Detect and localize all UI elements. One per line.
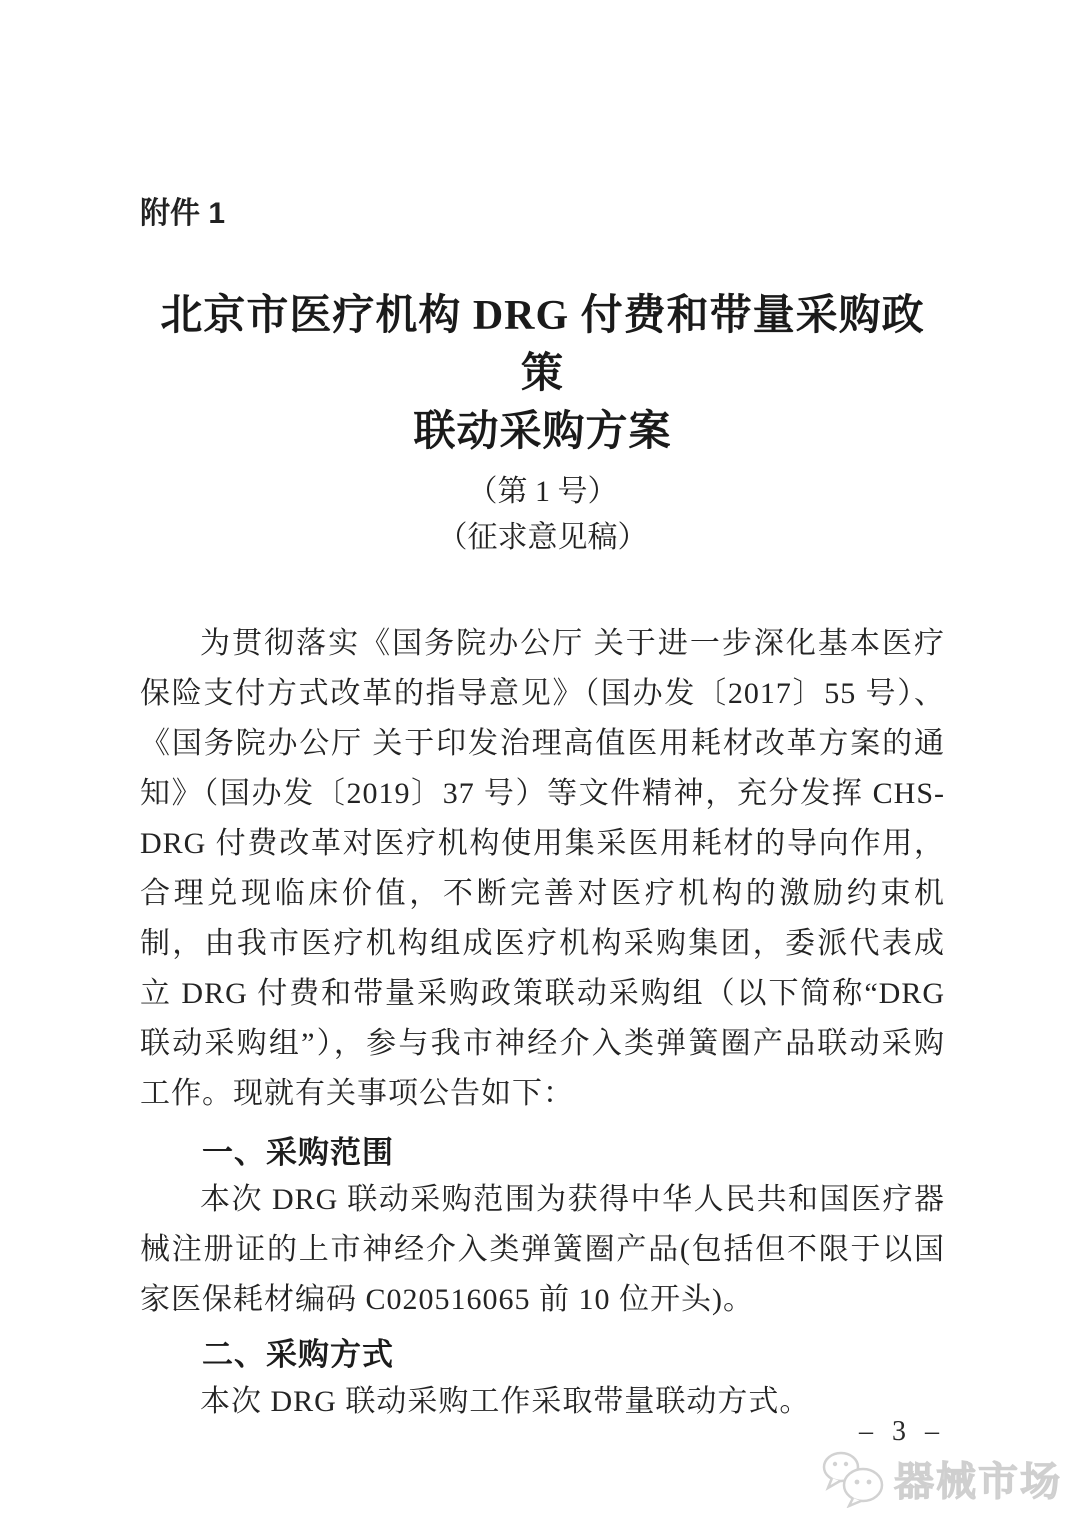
document-title: 北京市医疗机构 DRG 付费和带量采购政策联动采购方案 xyxy=(140,287,945,461)
document-page: 附件 1 北京市医疗机构 DRG 付费和带量采购政策联动采购方案 （第 1 号）… xyxy=(0,0,1080,1527)
section-paragraph-procurement-scope: 本次 DRG 联动采购范围为获得中华人民共和国医疗器械注册证的上市神经介入类弹簧… xyxy=(140,1175,945,1325)
watermark: 器械市场 xyxy=(820,1448,1062,1508)
intro-paragraph: 为贯彻落实《国务院办公厅 关于进一步深化基本医疗保险支付方式改革的指导意见》（国… xyxy=(140,619,945,1119)
section-heading-procurement-scope: 一、采购范围 xyxy=(140,1131,945,1175)
document-title-line2: 联动采购方案 xyxy=(413,409,671,455)
section-paragraph-procurement-method: 本次 DRG 联动采购工作采取带量联动方式。 xyxy=(140,1377,945,1427)
watermark-text: 器械市场 xyxy=(894,1450,1062,1507)
document-number: （第 1 号） xyxy=(140,471,945,513)
attachment-label: 附件 1 xyxy=(140,197,945,231)
section-heading-procurement-method: 二、采购方式 xyxy=(140,1333,945,1377)
draft-for-comment-label: （征求意见稿） xyxy=(140,517,945,559)
page-number: – 3 – xyxy=(859,1416,945,1448)
wechat-bubbles-icon xyxy=(820,1448,886,1508)
document-title-line1: 北京市医疗机构 DRG 付费和带量采购政策 xyxy=(160,293,924,397)
